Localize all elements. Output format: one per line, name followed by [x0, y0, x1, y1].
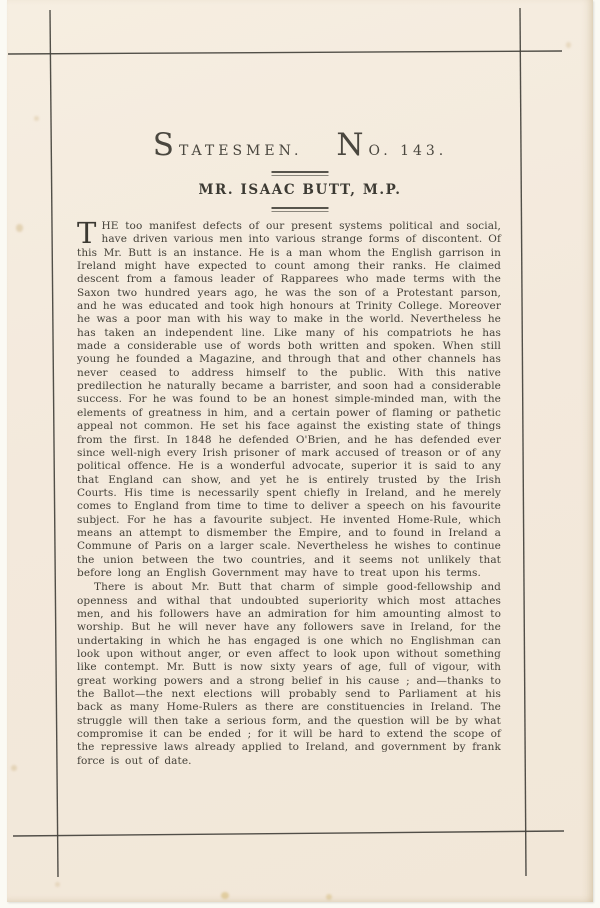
paragraph-1: THE too manifest defects of our present …	[77, 220, 501, 580]
series-title: Statesmen.	[153, 127, 303, 169]
article-body: THE too manifest defects of our present …	[77, 220, 501, 768]
issue-number: No. 143.	[336, 127, 447, 169]
paragraph-2: There is about Mr. Butt that charm of si…	[77, 581, 501, 768]
ornamental-rule-bottom	[272, 207, 329, 212]
scanned-page-photo: Statesmen.No. 143. MR. ISAAC BUTT, M.P. …	[0, 0, 600, 908]
dropcap-letter: T	[77, 220, 101, 245]
paragraph-1-text: HE too manifest defects of our present s…	[77, 220, 501, 579]
ornamental-rule-top	[272, 171, 329, 176]
masthead: Statesmen.No. 143.	[0, 127, 600, 169]
article-title: MR. ISAAC BUTT, M.P.	[0, 182, 600, 198]
